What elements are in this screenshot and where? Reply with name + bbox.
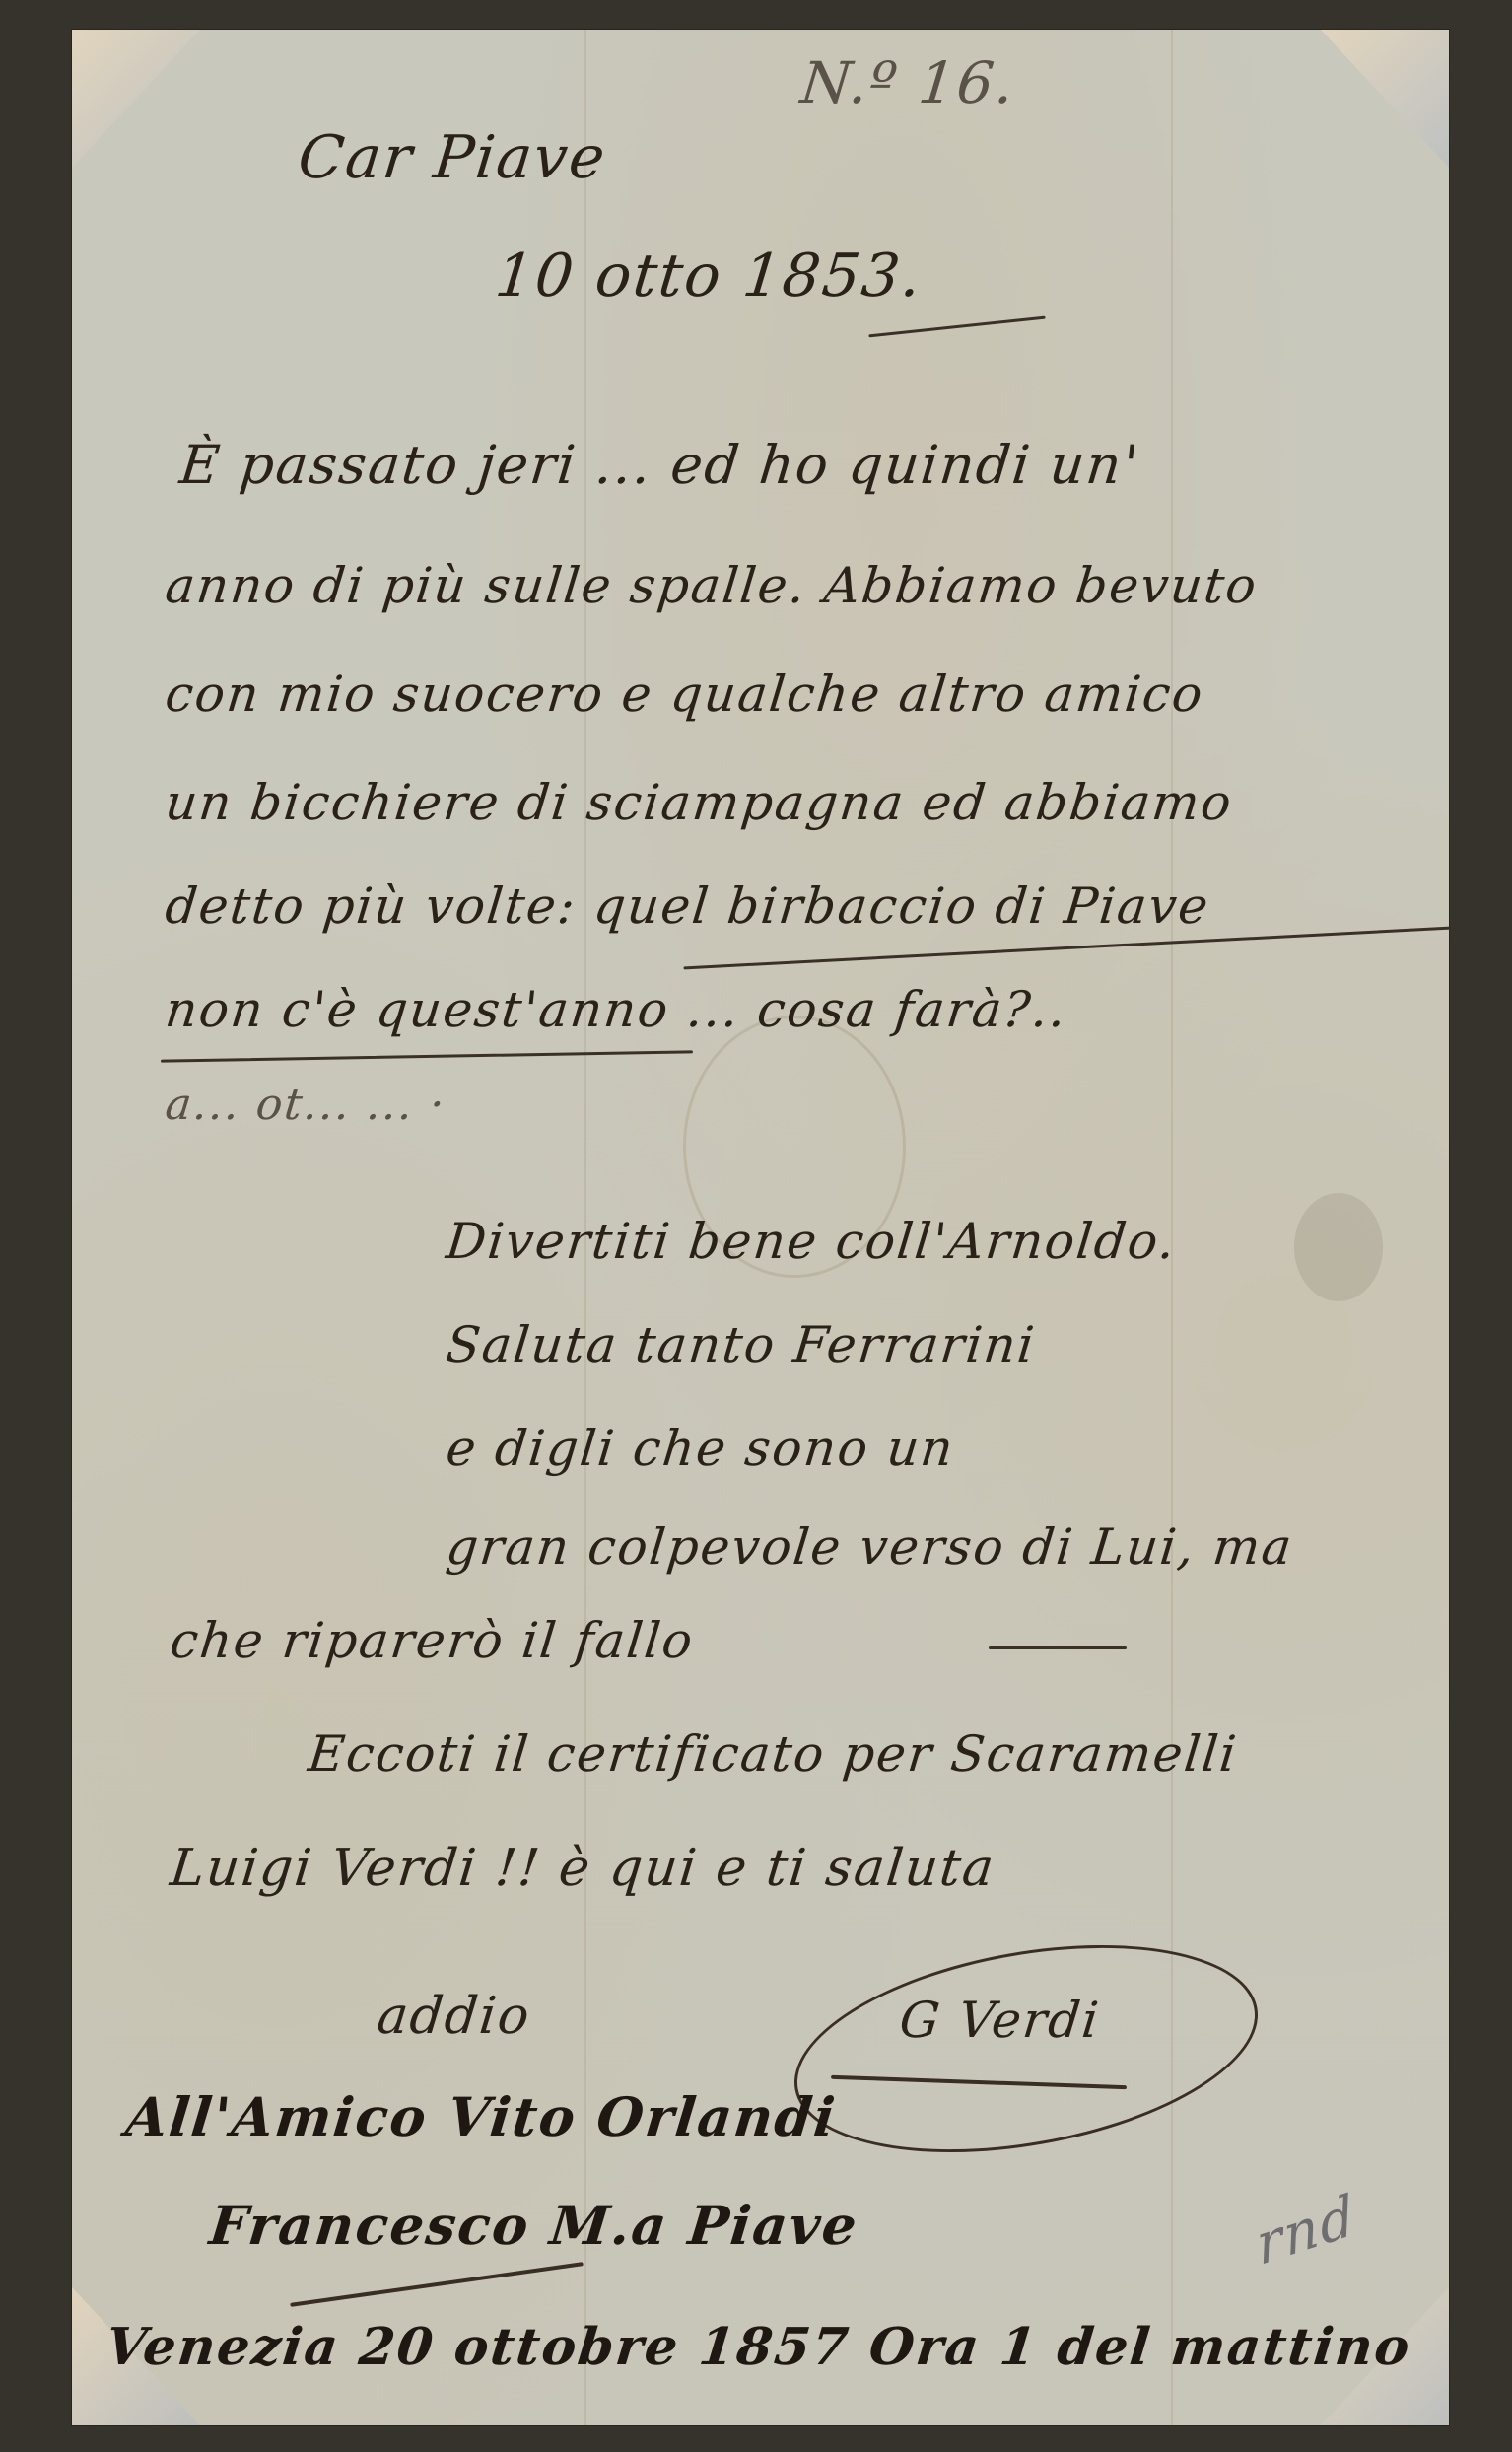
luigi-line: Luigi Verdi !! è qui e ti saluta [168,1839,998,1898]
indented-line-1: Divertiti bene coll'Arnoldo. [444,1213,1180,1270]
signature-flourish [779,1913,1274,2185]
date-underline [868,316,1045,338]
letter-number: N.º 16. [797,49,1019,116]
pencil-annotation: rnd [1253,2183,1360,2279]
body-line-3: con mio suocero e qualche altro amico [163,666,1206,723]
photo-corner-mount [72,30,200,168]
salutation: Car Piave [295,123,610,192]
recipient-line-1: All'Amico Vito Orlandi [123,2085,840,2148]
signature: G Verdi [897,1992,1103,2049]
body-line-7: a... ot... ... · [163,1080,448,1130]
underline-questanno [161,1050,693,1062]
body-line-5: detto più volte: quel birbaccio di Piave [163,877,1212,935]
continuation-line: che riparerò il fallo [168,1612,697,1669]
date-line: 10 otto 1853. [492,242,926,311]
closing-addio: addio [375,1987,534,2046]
indented-line-3: e digli che sono un [444,1420,958,1477]
dash-rule [989,1646,1127,1649]
body-line-2: anno di più sulle spalle. Abbiamo bevuto [163,557,1261,614]
body-line-1: È passato jeri ... ed ho quindi un' [177,434,1143,496]
place-date-line: Venezia 20 ottobre 1857 Ora 1 del mattin… [103,2317,1414,2377]
body-line-6: non c'è quest'anno ... cosa farà?.. [163,981,1070,1038]
indented-line-2: Saluta tanto Ferrarini [444,1316,1039,1373]
indented-line-4: gran colpevole verso di Lui, ma [444,1518,1296,1576]
photo-corner-mount [1321,30,1449,168]
recipient-flourish [290,2262,584,2307]
ink-stain [1294,1193,1383,1301]
recipient-line-2: Francesco M.a Piave [207,2194,861,2257]
body-line-4: un bicchiere di sciampagna ed abbiamo [163,774,1236,831]
certificate-line: Eccoti il certificato per Scaramelli [306,1725,1241,1783]
letter-paper: N.º 16. Car Piave 10 otto 1853. È passat… [72,30,1449,2425]
